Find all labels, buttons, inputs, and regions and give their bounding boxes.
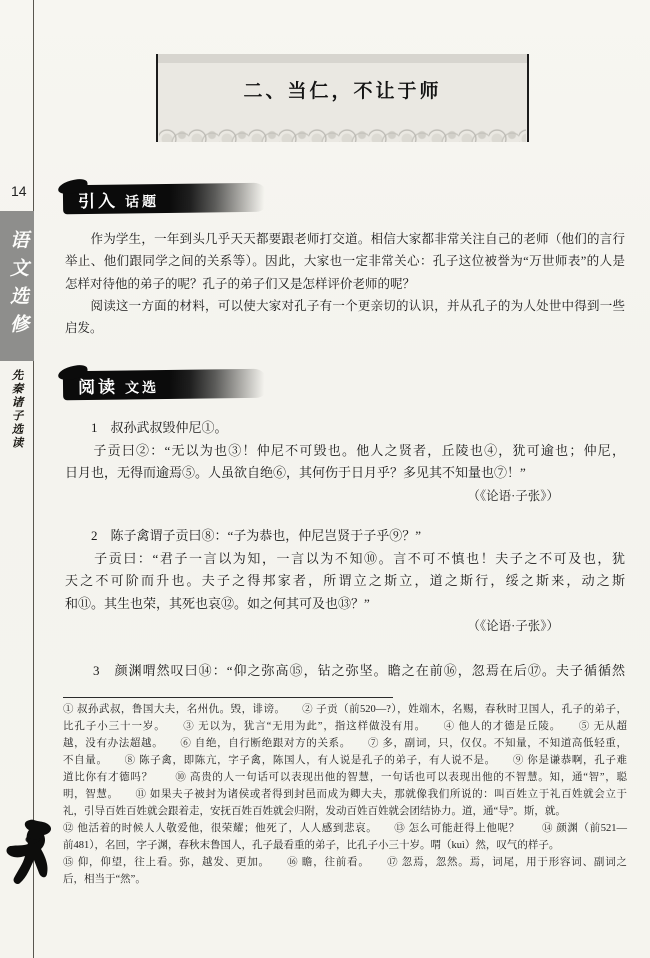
selection-2-line: 和⑪。其生也荣，其死也哀⑫。如之何其可及也⑬？” bbox=[65, 593, 625, 616]
textbook-page: 14 语文选修 先秦诸子选读 二、当仁，不让于师 引入 话题 作为学生，一年到头… bbox=[0, 0, 650, 958]
cloud-pattern-decoration bbox=[159, 115, 526, 142]
footnote-separator bbox=[63, 697, 393, 698]
margin-rule bbox=[33, 0, 34, 958]
intro-banner-label-sub: 话题 bbox=[125, 191, 159, 211]
footnote-line: 越，没有办法超越。 ⑥ 自绝，自行断绝跟对方的关系。 ⑦ 多，副词，只，仅仅。不… bbox=[63, 735, 627, 752]
selection-3: 3 颜渊喟然叹曰⑭：“仰之弥高⑮，钻之弥坚。瞻之在前⑯，忽焉在后⑰。夫子循循然 bbox=[65, 660, 625, 683]
selection-2-line: 子贡曰：“君子一言以为知，一言以为不知⑩。言不可不慎也！夫子之不可及也，犹 bbox=[65, 548, 625, 571]
footnote-line: 后，相当于“然”。 bbox=[63, 871, 627, 888]
bronze-vessel-ink-illustration bbox=[5, 817, 57, 903]
footnote-line: ⑮ 仰，仰望，往上看。弥，越发、更加。 ⑯ 瞻，往前看。 ⑰ 忽焉，忽然。焉，词… bbox=[63, 854, 627, 871]
footnote-line: 前481），名回，字子渊，春秋末鲁国人，孔子最看重的弟子，比孔子小三十岁。喟（k… bbox=[63, 837, 627, 854]
selection-1-line: 日月也，无得而逾焉⑤。人虽欲自绝⑥，其何伤于日月乎？多见其不知量也⑦！” bbox=[65, 462, 625, 485]
footnote-line: 道比你有才德吗？ ⑩ 高贵的人一句话可以表现出他的智慧，一句话也可以表现出他的不… bbox=[63, 769, 627, 786]
chapter-title-box: 二、当仁，不让于师 bbox=[156, 54, 529, 142]
footnote-line: ⑫ 他活着的时候人人敬爱他，很荣耀；他死了，人人感到悲哀。 ⑬ 怎么可能赶得上他… bbox=[63, 820, 627, 837]
intro-line: 阅读这一方面的材料，可以使大家对孔子有一个更亲切的认识，并从孔子的为人处世中得到… bbox=[65, 295, 625, 317]
footnote-line: 比孔子小三十一岁。 ③ 无以为，犹言“无用为此”，指这样做没有用。 ④ 他人的才… bbox=[63, 718, 627, 735]
selection-2-heading: 2 陈子禽谓子贡曰⑧：“子为恭也，仲尼岂贤于子乎⑨？” bbox=[65, 525, 625, 548]
series-title: 语文选修 bbox=[0, 230, 34, 342]
title-box-band bbox=[158, 54, 527, 63]
intro-paragraphs: 作为学生，一年到头几乎天天都要跟老师打交道。相信大家都非常关注自己的老师（他们的… bbox=[65, 228, 625, 339]
selection-2-citation: （《论语·子张》） bbox=[65, 615, 625, 638]
intro-banner-label-main: 引入 bbox=[78, 187, 118, 212]
chapter-title: 二、当仁，不让于师 bbox=[158, 76, 527, 103]
selection-1-line: 子贡曰②：“无以为也③！仲尼不可毁也。他人之贤者，丘陵也④，犹可逾也；仲尼， bbox=[65, 440, 625, 463]
subseries-title: 先秦诸子选读 bbox=[9, 369, 25, 450]
reading-banner-label-sub: 文选 bbox=[125, 377, 159, 397]
intro-topic-banner: 引入 话题 bbox=[63, 183, 268, 215]
footnote-line: 礼，引导百姓百姓就会跟着走，安抚百姓百姓就会归附，发动百姓百姓就会团结协力。道，… bbox=[63, 803, 627, 820]
footnotes: ① 叔孙武叔，鲁国大夫，名州仇。毁，诽谤。 ② 子贡（前520—?），姓端木，名… bbox=[63, 701, 627, 888]
selection-2-line: 天之不可阶而升也。夫子之得邦家者，所谓立之斯立，道之斯行，绥之斯来，动之斯 bbox=[65, 570, 625, 593]
selection-3-heading: 3 颜渊喟然叹曰⑭：“仰之弥高⑮，钻之弥坚。瞻之在前⑯，忽焉在后⑰。夫子循循然 bbox=[65, 660, 625, 683]
intro-line: 举止、他们跟同学之间的关系等）。因此，大家也一定非常关心：孔子这位被誉为“万世师… bbox=[65, 250, 625, 272]
intro-line: 作为学生，一年到头几乎天天都要跟老师打交道。相信大家都非常关注自己的老师（他们的… bbox=[65, 228, 625, 250]
selection-1: 1 叔孙武叔毁仲尼①。 子贡曰②：“无以为也③！仲尼不可毁也。他人之贤者，丘陵也… bbox=[65, 417, 625, 507]
intro-line: 怎样对待他的弟子的呢？孔子的弟子们又是怎样评价老师的呢？ bbox=[65, 273, 625, 295]
selection-1-heading: 1 叔孙武叔毁仲尼①。 bbox=[65, 417, 625, 440]
reading-selection-banner: 阅读 文选 bbox=[63, 369, 268, 401]
selection-1-citation: （《论语·子张》） bbox=[65, 485, 625, 508]
reading-banner-label-main: 阅读 bbox=[78, 373, 118, 398]
selection-2: 2 陈子禽谓子贡曰⑧：“子为恭也，仲尼岂贤于子乎⑨？” 子贡曰：“君子一言以为知… bbox=[65, 525, 625, 638]
subseries-container: 先秦诸子选读 bbox=[0, 369, 33, 450]
footnote-line: 明，智慧。 ⑪ 如果夫子被封为诸侯或者得到封邑而成为卿大夫，那就像我们所说的：叫… bbox=[63, 786, 627, 803]
intro-line: 启发。 bbox=[65, 317, 625, 339]
footnote-line: ① 叔孙武叔，鲁国大夫，名州仇。毁，诽谤。 ② 子贡（前520—?），姓端木，名… bbox=[63, 701, 627, 718]
page-number: 14 bbox=[11, 183, 27, 199]
footnote-line: 不自量。 ⑧ 陈子禽，即陈亢，字子禽，陈国人，有人说是孔子的弟子，有人说不是。 … bbox=[63, 752, 627, 769]
series-badge: 语文选修 bbox=[0, 211, 34, 361]
